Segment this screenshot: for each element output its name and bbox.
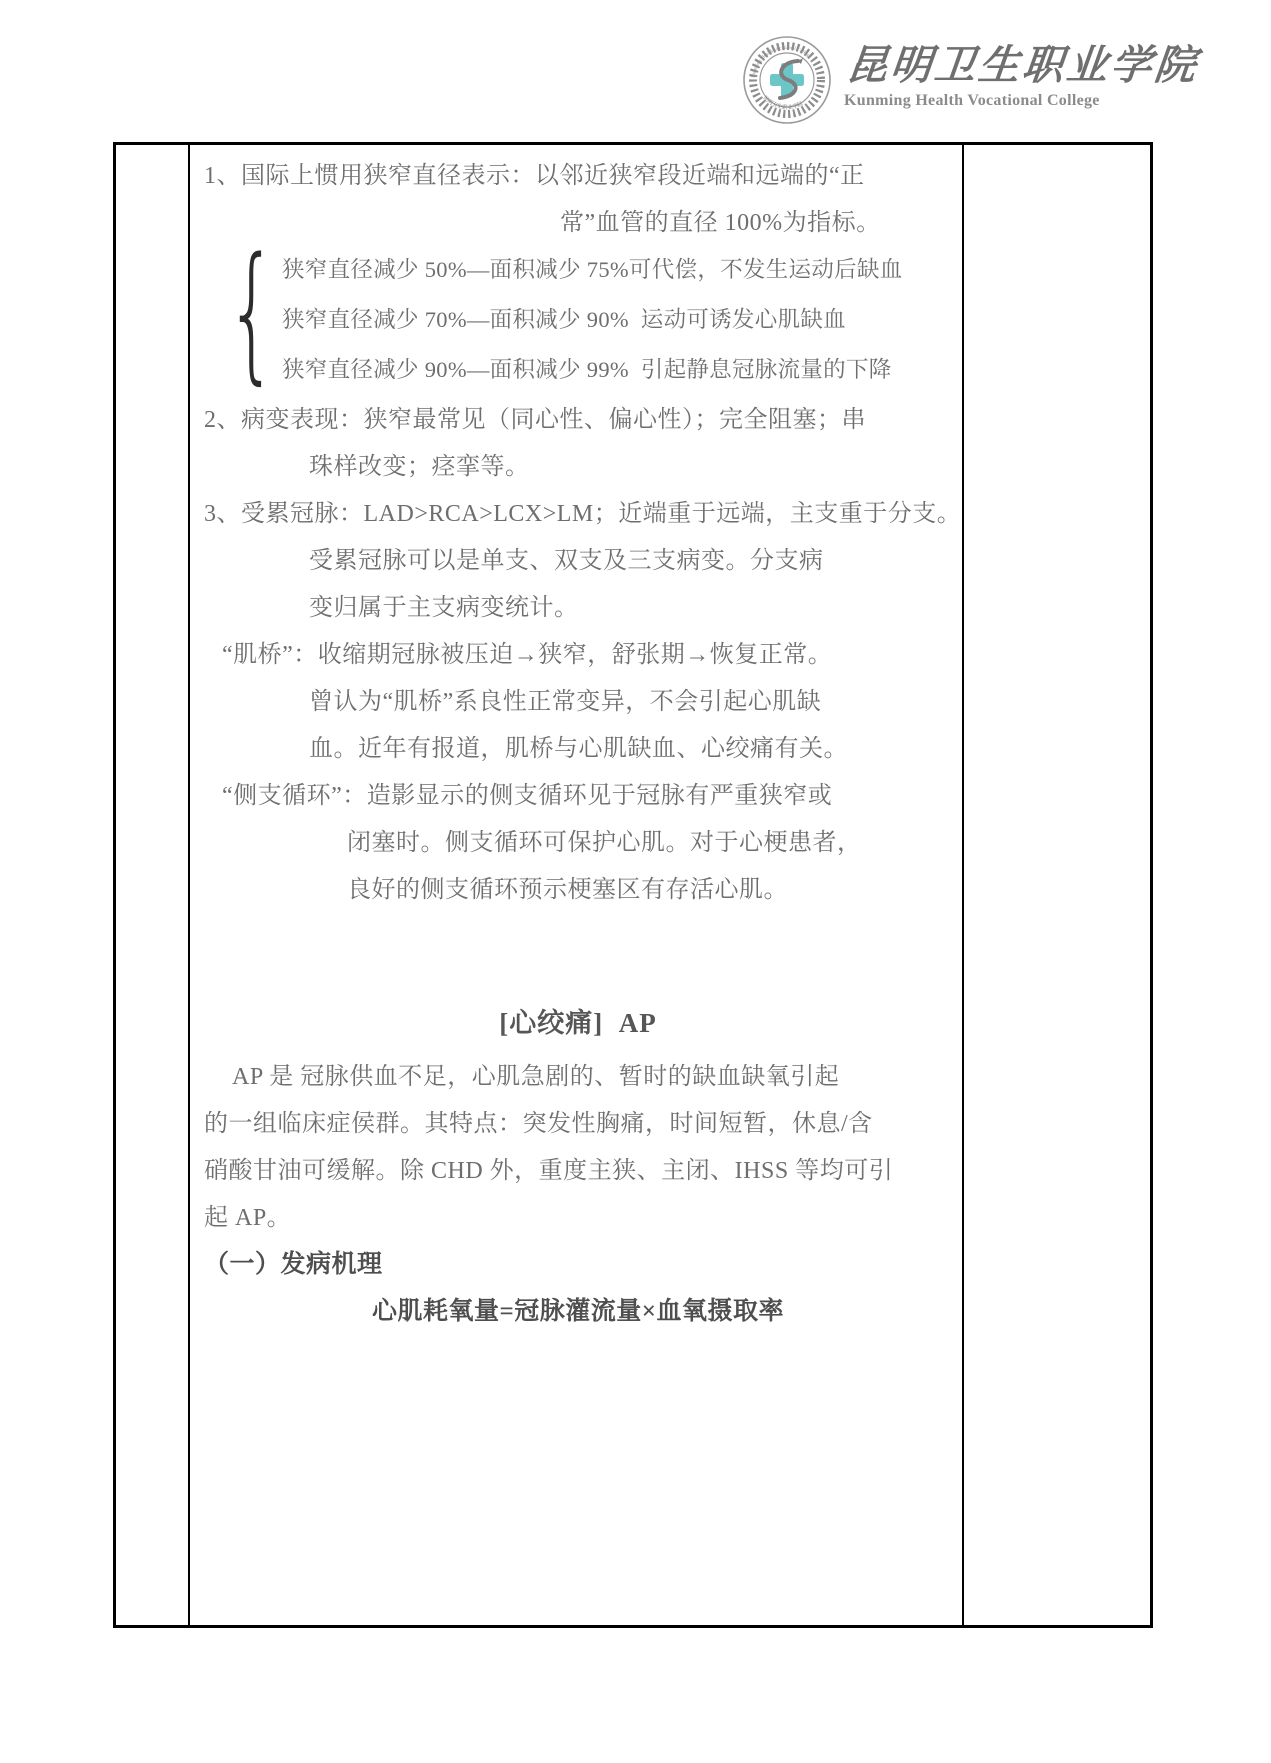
ap-para-line1: AP 是 冠脉供血不足，心肌急剧的、暂时的缺血缺氧引起 [204,1050,952,1097]
item3-line3: 变归属于主支病变统计。 [204,581,952,628]
lesson-plan-table: 1、国际上惯用狭窄直径表示：以邻近狭窄段近端和远端的“正 常”血管的直径 100… [113,142,1153,1628]
brace-line-2: 狭窄直径减少 70%—面积减少 90% 运动可诱发心肌缺血 [204,293,952,343]
bridge-line2: 曾认为“肌桥”系良性正常变异，不会引起心肌缺 [204,675,952,722]
collateral-line2: 闭塞时。侧支循环可保护心肌。对于心梗患者， [204,816,952,863]
ap-para-line2: 的一组临床症侯群。其特点：突发性胸痛，时间短暂，休息/含 [204,1097,952,1144]
item2-line2: 珠样改变；痉挛等。 [204,440,952,487]
item1-line1: 1、国际上惯用狭窄直径表示：以邻近狭窄段近端和远端的“正 [204,149,952,196]
table-cell-content: 1、国际上惯用狭窄直径表示：以邻近狭窄段近端和远端的“正 常”血管的直径 100… [190,145,964,1625]
stenosis-brace-group: { 狭窄直径减少 50%—面积减少 75%可代偿，不发生运动后缺血 狭窄直径减少… [204,243,952,393]
table-cell-right-empty [964,145,1150,1625]
left-brace-glyph: { [226,237,278,387]
mechanism-formula: 心肌耗氧量=冠脉灌流量×血氧摄取率 [204,1285,952,1332]
bridge-line1: “肌桥”：收缩期冠脉被压迫→狭窄，舒张期→恢复正常。 [204,628,952,675]
collateral-line3: 良好的侧支循环预示梗塞区有存活心肌。 [204,863,952,910]
item3-line2: 受累冠脉可以是单支、双支及三支病变。分支病 [204,534,952,581]
blank-space [204,910,952,990]
college-emblem-icon: Kunming Health Vocational College 昆明卫生职业… [742,34,832,128]
college-logo: Kunming Health Vocational College 昆明卫生职业… [742,34,1196,128]
ap-para-line4: 起 AP。 [204,1191,952,1238]
table-cell-left-empty [116,145,190,1625]
mechanism-heading: （一）发病机理 [204,1238,952,1285]
college-name-zh-calligraphy: 昆明卫生职业学院 [844,42,1201,89]
college-name-block: 昆明卫生职业学院 Kunming Health Vocational Colle… [844,34,1196,110]
bridge-line3: 血。近年有报道，肌桥与心肌缺血、心绞痛有关。 [204,722,952,769]
document-page: Kunming Health Vocational College 昆明卫生职业… [0,0,1271,1763]
item1-line2: 常”血管的直径 100%为指标。 [204,196,952,243]
ap-para-line3: 硝酸甘油可缓解。除 CHD 外，重度主狭、主闭、IHSS 等均可引 [204,1144,952,1191]
item3-line1: 3、受累冠脉：LAD>RCA>LCX>LM；近端重于远端，主支重于分支。 [204,487,952,534]
angina-section-heading: [心绞痛] AP [204,990,952,1050]
college-name-en: Kunming Health Vocational College [844,92,1196,110]
collateral-line1: “侧支循环”：造影显示的侧支循环见于冠脉有严重狭窄或 [204,769,952,816]
brace-line-3: 狭窄直径减少 90%—面积减少 99% 引起静息冠脉流量的下降 [204,343,952,393]
brace-line-1: 狭窄直径减少 50%—面积减少 75%可代偿，不发生运动后缺血 [204,243,952,293]
item2-line1: 2、病变表现：狭窄最常见（同心性、偏心性）；完全阻塞；串 [204,393,952,440]
